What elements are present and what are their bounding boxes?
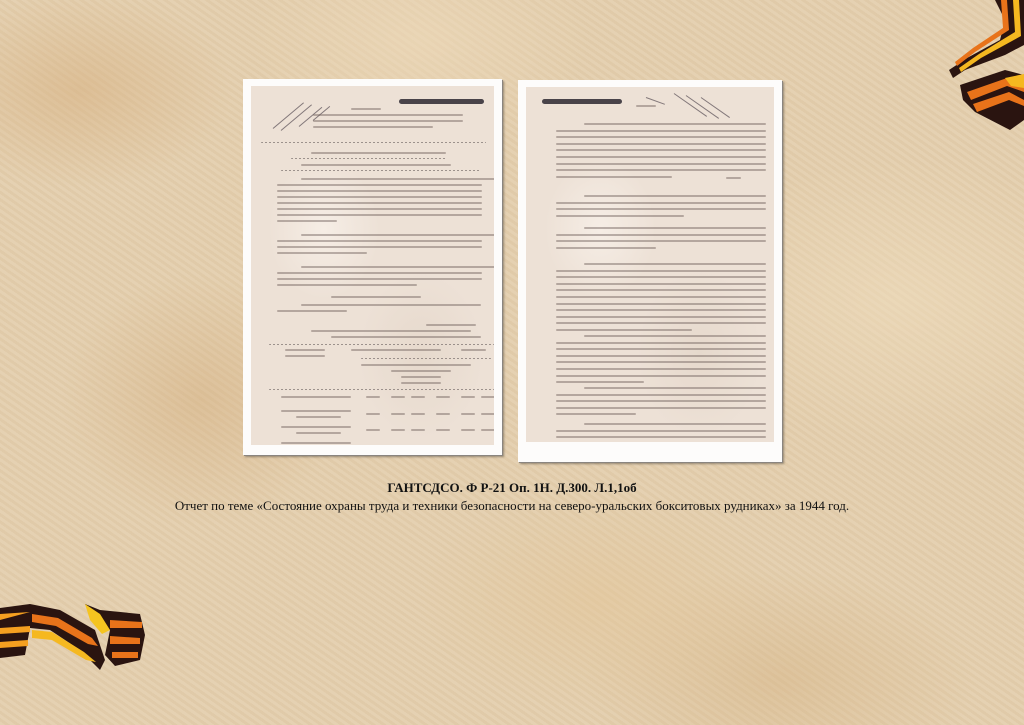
typed-text-line [285, 355, 325, 357]
typed-text-line [556, 234, 766, 236]
typed-text-line [556, 361, 766, 363]
typed-text-line [277, 208, 482, 210]
typed-text-line [281, 170, 481, 171]
typed-text-line [311, 330, 471, 332]
typed-text-line [281, 396, 351, 398]
typed-text-line [281, 426, 351, 428]
typed-text-line [296, 432, 341, 434]
typed-text-line [584, 227, 766, 229]
typed-text-line [313, 126, 433, 128]
typed-text-line [411, 396, 425, 398]
st-george-ribbon-top-right-icon [945, 0, 1024, 135]
document-description-caption: Отчет по теме «Состояние охраны труда и … [0, 498, 1024, 514]
scan-paper-page-1 [251, 86, 494, 445]
typed-text-line [426, 324, 476, 326]
archive-reference-caption: ГАНТСДСО. Ф Р-21 Оп. 1Н. Д.300. Л.1,1об [0, 480, 1024, 496]
typed-text-line [556, 156, 766, 158]
typed-text-line [584, 387, 766, 389]
typed-text-line [277, 310, 347, 312]
typed-text-line [556, 400, 766, 402]
typed-text-line [313, 120, 463, 122]
typed-text-line [556, 247, 656, 249]
document-scan-page-1[interactable] [243, 79, 502, 455]
typed-text-line [391, 413, 405, 415]
typed-text-line [301, 266, 494, 268]
typed-text-line [351, 108, 381, 110]
typed-text-line [556, 240, 766, 242]
typed-text-line [461, 396, 475, 398]
typed-text-line [556, 436, 766, 438]
typed-text-line [556, 283, 766, 285]
typed-text-line [556, 202, 766, 204]
typed-text-line [436, 413, 450, 415]
typed-text-line [281, 410, 351, 412]
typed-text-line [401, 382, 441, 384]
typed-text-line [556, 130, 766, 132]
typed-text-line [331, 296, 421, 298]
typed-text-line [436, 429, 450, 431]
typed-text-line [481, 413, 494, 415]
handwritten-annotation [299, 107, 323, 127]
typed-text-line [277, 184, 482, 186]
typed-text-line [556, 329, 692, 331]
scan-paper-page-2 [526, 87, 774, 442]
typed-text-line [269, 389, 494, 390]
typed-text-line [261, 142, 486, 143]
typed-text-line [556, 375, 766, 377]
redaction-mark [542, 99, 622, 104]
typed-text-line [277, 272, 482, 274]
typed-text-line [481, 429, 494, 431]
typed-text-line [584, 263, 766, 265]
typed-text-line [411, 429, 425, 431]
typed-text-line [391, 370, 451, 372]
document-scan-page-2[interactable] [518, 80, 782, 462]
typed-text-line [411, 413, 425, 415]
typed-text-line [391, 429, 405, 431]
typed-text-line [556, 316, 766, 318]
typed-text-line [277, 220, 337, 222]
typed-text-line [556, 143, 766, 145]
typed-text-line [366, 396, 380, 398]
typed-text-line [556, 355, 766, 357]
typed-text-line [436, 396, 450, 398]
typed-text-line [556, 309, 766, 311]
typed-text-line [301, 164, 451, 166]
typed-text-line [311, 152, 446, 154]
typed-text-line [556, 176, 672, 178]
typed-text-line [584, 123, 766, 125]
typed-text-line [584, 195, 766, 197]
st-george-ribbon-bottom-left-icon [0, 600, 150, 675]
redaction-mark [399, 99, 484, 104]
typed-text-line [556, 136, 766, 138]
typed-text-line [277, 214, 482, 216]
typed-text-line [556, 289, 766, 291]
typed-text-line [391, 396, 405, 398]
typed-text-line [277, 196, 482, 198]
typed-text-line [301, 304, 481, 306]
typed-text-line [461, 413, 475, 415]
typed-text-line [361, 358, 491, 359]
typed-text-line [556, 163, 766, 165]
typed-text-line [361, 364, 471, 366]
typed-text-line [331, 336, 481, 338]
typed-text-line [277, 252, 367, 254]
typed-text-line [556, 149, 766, 151]
typed-text-line [277, 240, 482, 242]
typed-text-line [556, 215, 684, 217]
typed-text-line [313, 114, 463, 116]
typed-text-line [461, 349, 486, 351]
typed-text-line [277, 278, 482, 280]
typed-text-line [556, 296, 766, 298]
typed-text-line [556, 413, 636, 415]
typed-text-line [556, 169, 766, 171]
typed-text-line [461, 429, 475, 431]
typed-text-line [556, 270, 766, 272]
typed-text-line [281, 442, 351, 444]
typed-text-line [301, 178, 494, 180]
typed-text-line [351, 349, 441, 351]
typed-text-line [556, 368, 766, 370]
typed-text-line [556, 430, 766, 432]
typed-text-line [277, 284, 417, 286]
typed-text-line [584, 335, 766, 337]
typed-text-line [556, 303, 766, 305]
typed-text-line [277, 246, 482, 248]
typed-text-line [481, 396, 494, 398]
typed-text-line [301, 234, 494, 236]
typed-text-line [556, 342, 766, 344]
typed-text-line [401, 376, 441, 378]
typed-text-line [296, 416, 341, 418]
typed-text-line [556, 407, 766, 409]
typed-text-line [366, 413, 380, 415]
typed-text-line [556, 276, 766, 278]
typed-text-line [556, 208, 766, 210]
typed-text-line [366, 429, 380, 431]
typed-text-line [584, 423, 766, 425]
typed-text-line [556, 381, 644, 383]
typed-text-line [277, 202, 482, 204]
typed-text-line [269, 344, 494, 345]
typed-text-line [277, 190, 482, 192]
typed-text-line [291, 158, 446, 159]
typed-text-line [285, 349, 325, 351]
typed-text-line [556, 394, 766, 396]
typed-text-line [556, 348, 766, 350]
handwritten-annotation [646, 97, 665, 105]
typed-text-line [726, 177, 741, 179]
typed-text-line [636, 105, 656, 107]
typed-text-line [556, 322, 766, 324]
